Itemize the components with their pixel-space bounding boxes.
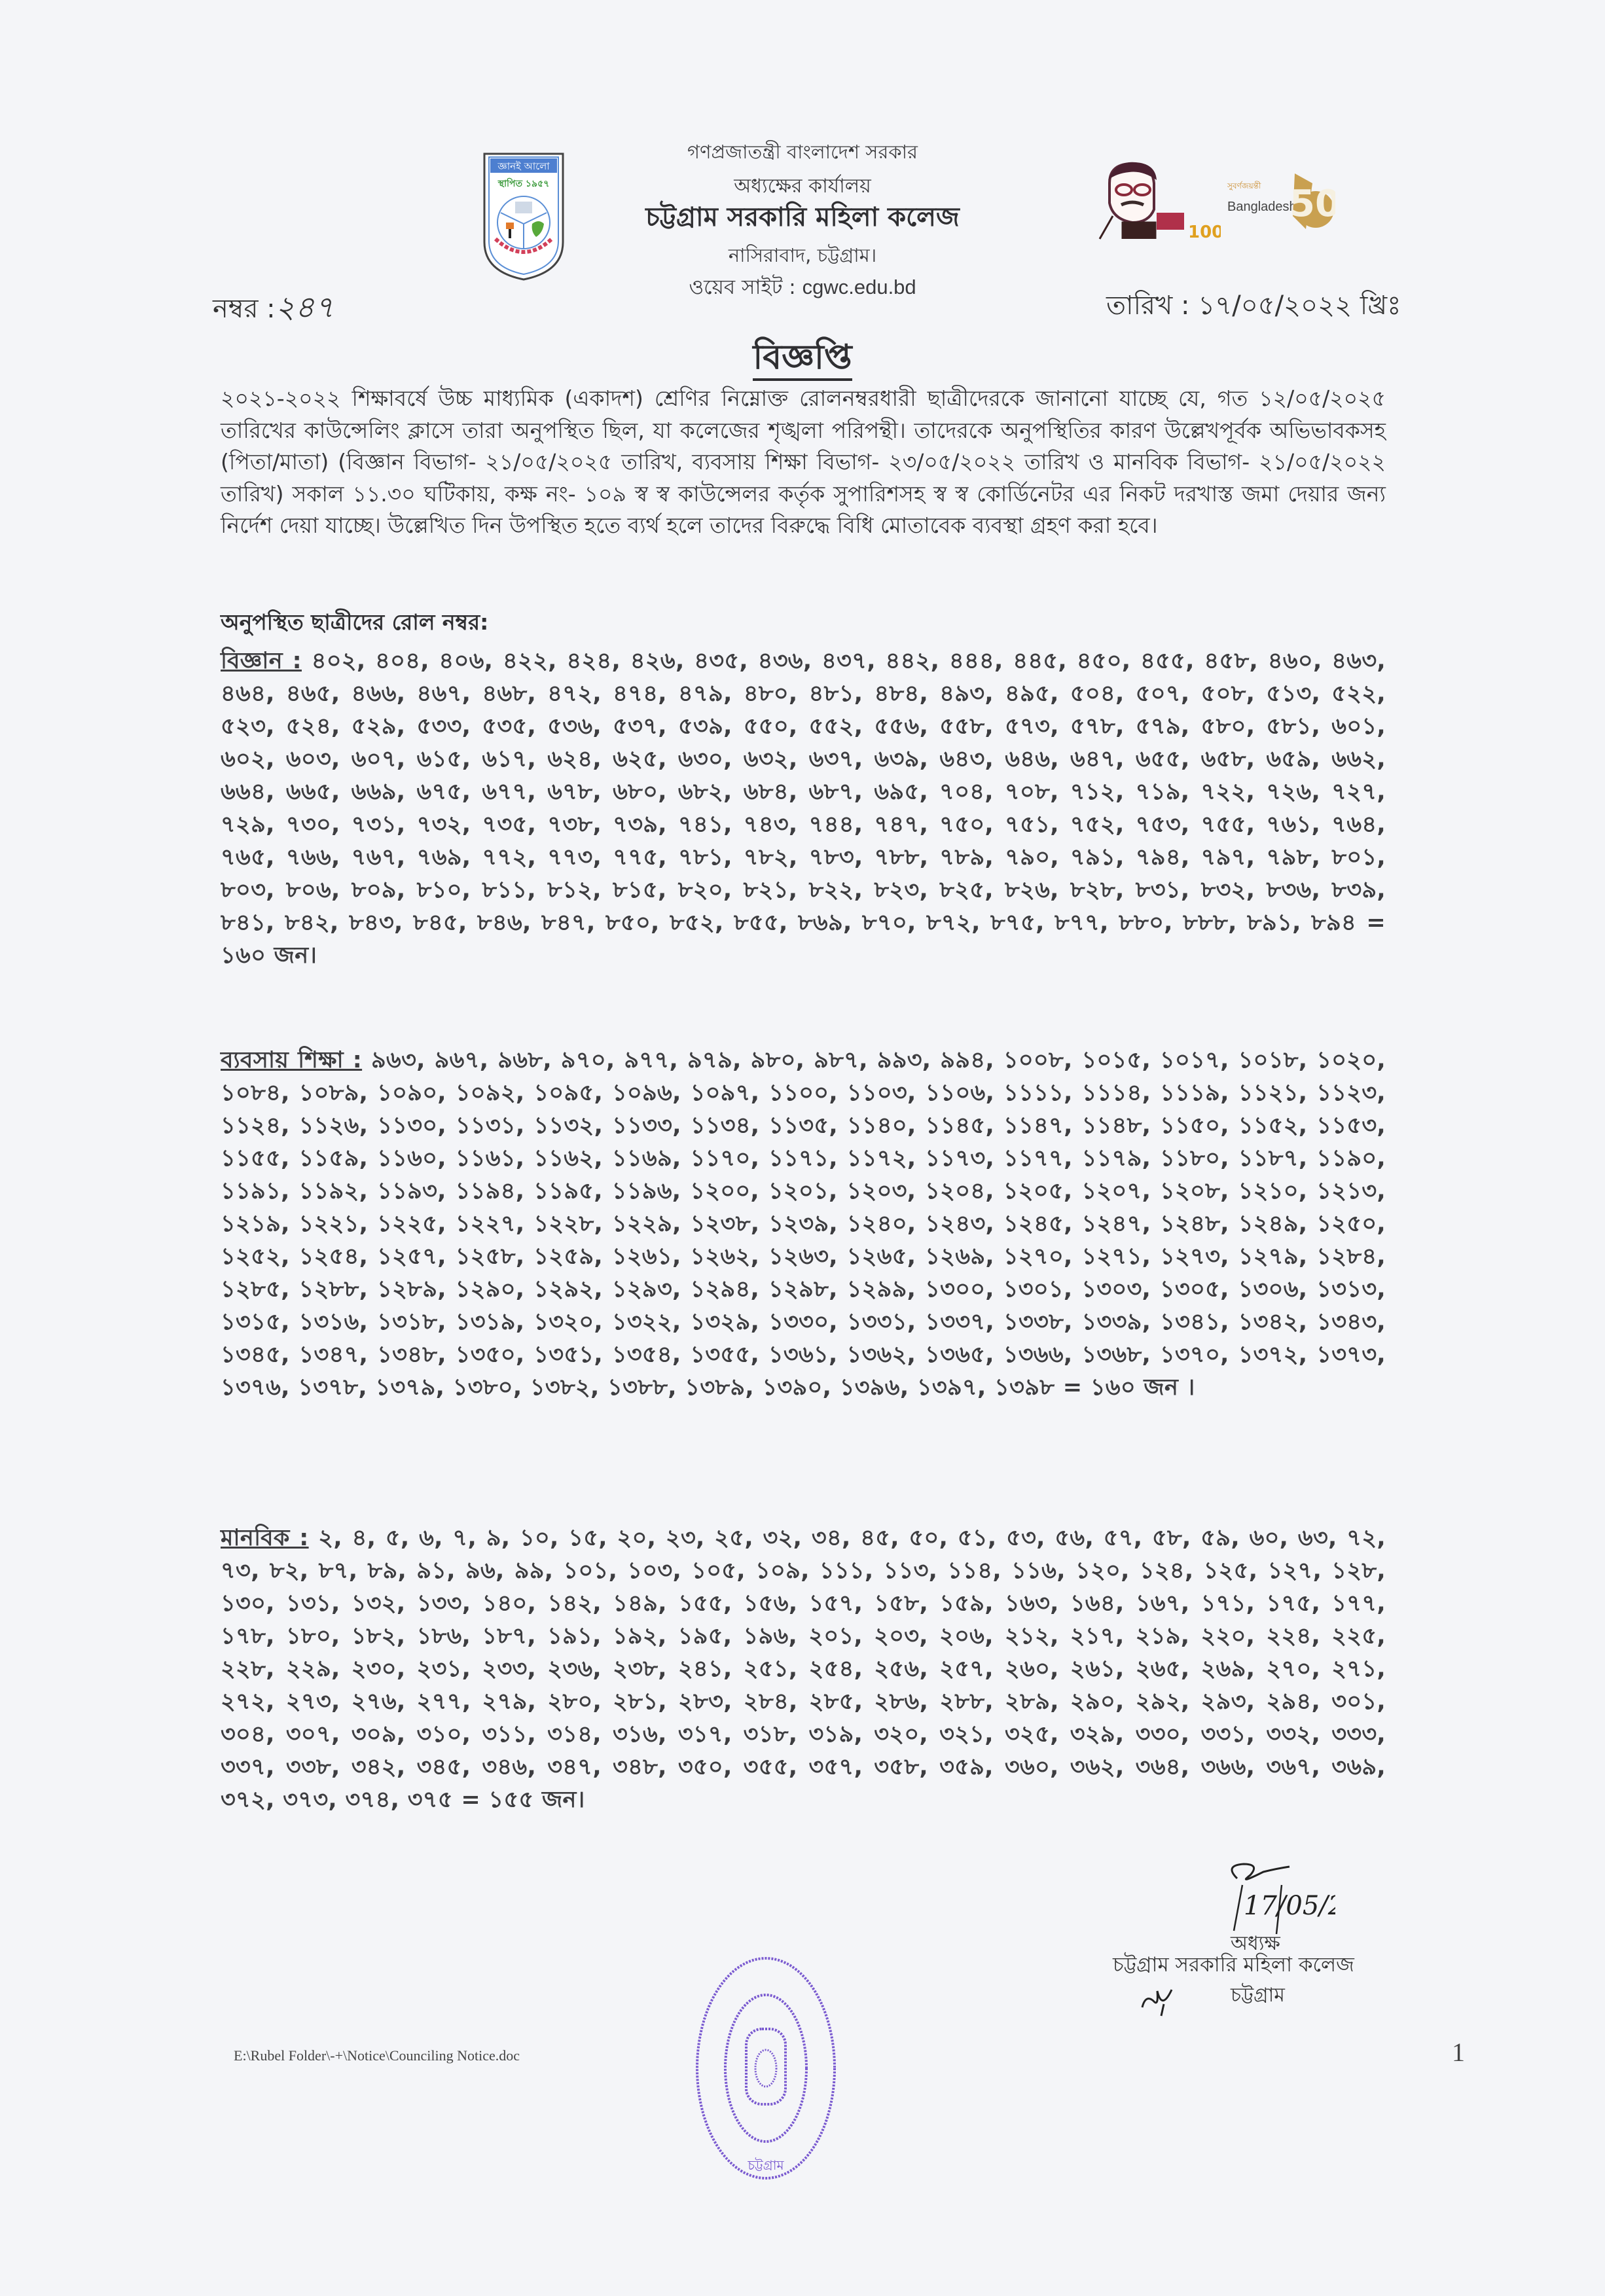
website-label: ওয়েব সাইট :	[689, 276, 802, 299]
notice-body: ২০২১-২০২২ শিক্ষাবর্ষে উচ্চ মাধ্যমিক (একা…	[221, 383, 1386, 542]
notice-title: বিজ্ঞপ্তি	[0, 331, 1605, 387]
humanities-label: মানবিক :	[221, 1525, 309, 1551]
government-name: গণপ্রজাতন্ত্রী বাংলাদেশ সরকার	[0, 137, 1605, 170]
absent-heading: অনুপস্থিত ছাত্রীদের রোল নম্বর:	[221, 605, 488, 642]
principal-signature: 17/05/22	[1198, 1859, 1335, 1937]
notice-date: তারিখ : ১৭/০৫/২০২২ খ্রিঃ	[1106, 285, 1401, 329]
svg-text:চট্টগ্রাম: চট্টগ্রাম	[747, 2157, 784, 2173]
business-roll-list: ব্যবসায় শিক্ষা : ৯৬৩, ৯৬৭, ৯৬৮, ৯৭০, ৯৭…	[221, 1044, 1386, 1404]
svg-text:50: 50	[1289, 183, 1335, 225]
svg-text:সুবর্ণজয়ন্তী: সুবর্ণজয়ন্তী	[1227, 181, 1261, 191]
reference-number: নম্বর :২৪৭	[213, 285, 334, 334]
initials-mark	[1139, 1978, 1178, 2017]
science-rolls: ৪০২, ৪০৪, ৪০৬, ৪২২, ৪২৪, ৪২৬, ৪৩৫, ৪৩৬, …	[221, 648, 1386, 969]
science-roll-list: বিজ্ঞান : ৪০২, ৪০৪, ৪০৬, ৪২২, ৪২৪, ৪২৬, …	[221, 645, 1386, 972]
humanities-roll-list: মানবিক : ২, ৪, ৫, ৬, ৭, ৯, ১০, ১৫, ২০, ২…	[221, 1522, 1386, 1816]
page-number: 1	[1452, 2037, 1465, 2068]
bangladesh-50-logo: সুবর্ণজয়ন্তী Bangladesh 50	[1224, 170, 1335, 236]
svg-text:100: 100	[1188, 223, 1221, 242]
date-value: ১৭/০৫/২০২২ খ্রিঃ	[1198, 291, 1401, 321]
reference-label: নম্বর :	[213, 294, 276, 324]
svg-text:17/05/22: 17/05/22	[1244, 1891, 1335, 1921]
office-stamp: চট্টগ্রাম	[694, 1954, 838, 2183]
signatory-city: চট্টগ্রাম	[1231, 1979, 1285, 2013]
business-rolls: ৯৬৩, ৯৬৭, ৯৬৮, ৯৭০, ৯৭৭, ৯৭৯, ৯৮০, ৯৮৭, …	[221, 1047, 1386, 1401]
website-link[interactable]: cgwc.edu.bd	[803, 276, 916, 298]
date-label: তারিখ :	[1106, 291, 1190, 321]
svg-text:Bangladesh: Bangladesh	[1227, 200, 1297, 214]
file-path: E:\Rubel Folder\-+\Notice\Counciling Not…	[234, 2047, 520, 2064]
college-address: নাসিরাবাদ, চট্টগ্রাম।	[0, 241, 1605, 273]
reference-value: ২৪৭	[276, 289, 334, 325]
business-label: ব্যবসায় শিক্ষা :	[221, 1047, 362, 1073]
mujib-100-logo: 100	[1096, 160, 1221, 242]
humanities-rolls: ২, ৪, ৫, ৬, ৭, ৯, ১০, ১৫, ২০, ২৩, ২৫, ৩২…	[221, 1525, 1386, 1813]
college-name: চট্টগ্রাম সরকারি মহিলা কলেজ	[0, 196, 1605, 240]
science-label: বিজ্ঞান :	[221, 648, 302, 674]
